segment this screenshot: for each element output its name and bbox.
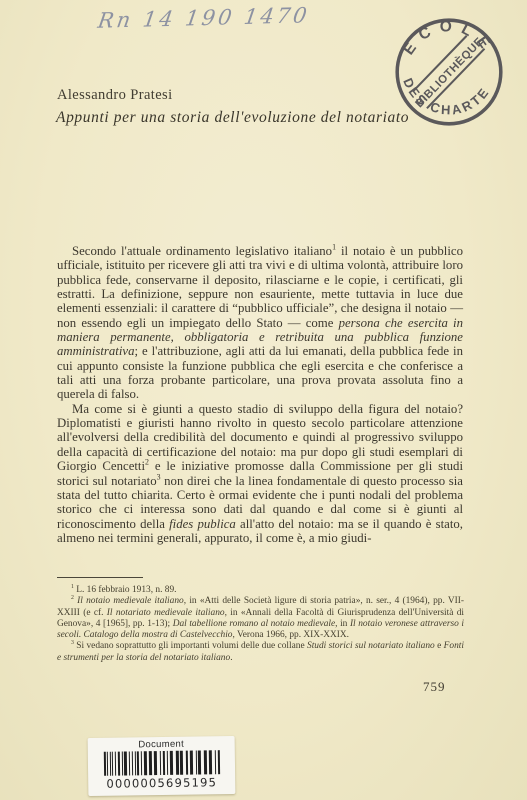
svg-text:ECOLE: ECOLE <box>400 18 498 58</box>
page-number: 759 <box>423 679 446 695</box>
body-paragraph-2: Ma come si è giunti a questo stadio di s… <box>57 402 463 545</box>
footnote-3: 3 Si vedano soprattutto gli importanti v… <box>57 641 464 664</box>
footnotes: 1 L. 16 febbraio 1913, n. 89. 2 Il notai… <box>57 585 464 664</box>
scanned-document-page: { "page": { "handwritten_note": "Rn 14 1… <box>0 0 527 800</box>
footnote-2: 2 Il notaio medievale italiano, in «Atti… <box>57 596 464 641</box>
barcode-icon <box>88 750 235 776</box>
body-paragraph-1: Secondo l'attuale ordinamento legislativ… <box>57 244 463 402</box>
author-name: Alessandro Pratesi <box>57 87 173 104</box>
footnote-rule <box>57 577 143 578</box>
barcode-label: Document <box>88 736 235 751</box>
footnote-1: 1 L. 16 febbraio 1913, n. 89. <box>57 585 464 596</box>
handwritten-shelfmark: Rn 14 190 1470 <box>96 3 311 33</box>
body-text: Secondo l'attuale ordinamento legislativ… <box>57 244 463 545</box>
barcode-number: 0000005695195 <box>88 775 235 791</box>
barcode-sticker: Document 0000005695195 <box>88 736 236 796</box>
stamp-text-top: ECOLE <box>400 18 498 58</box>
article-title: Appunti per una storia dell'evoluzione d… <box>56 109 409 127</box>
